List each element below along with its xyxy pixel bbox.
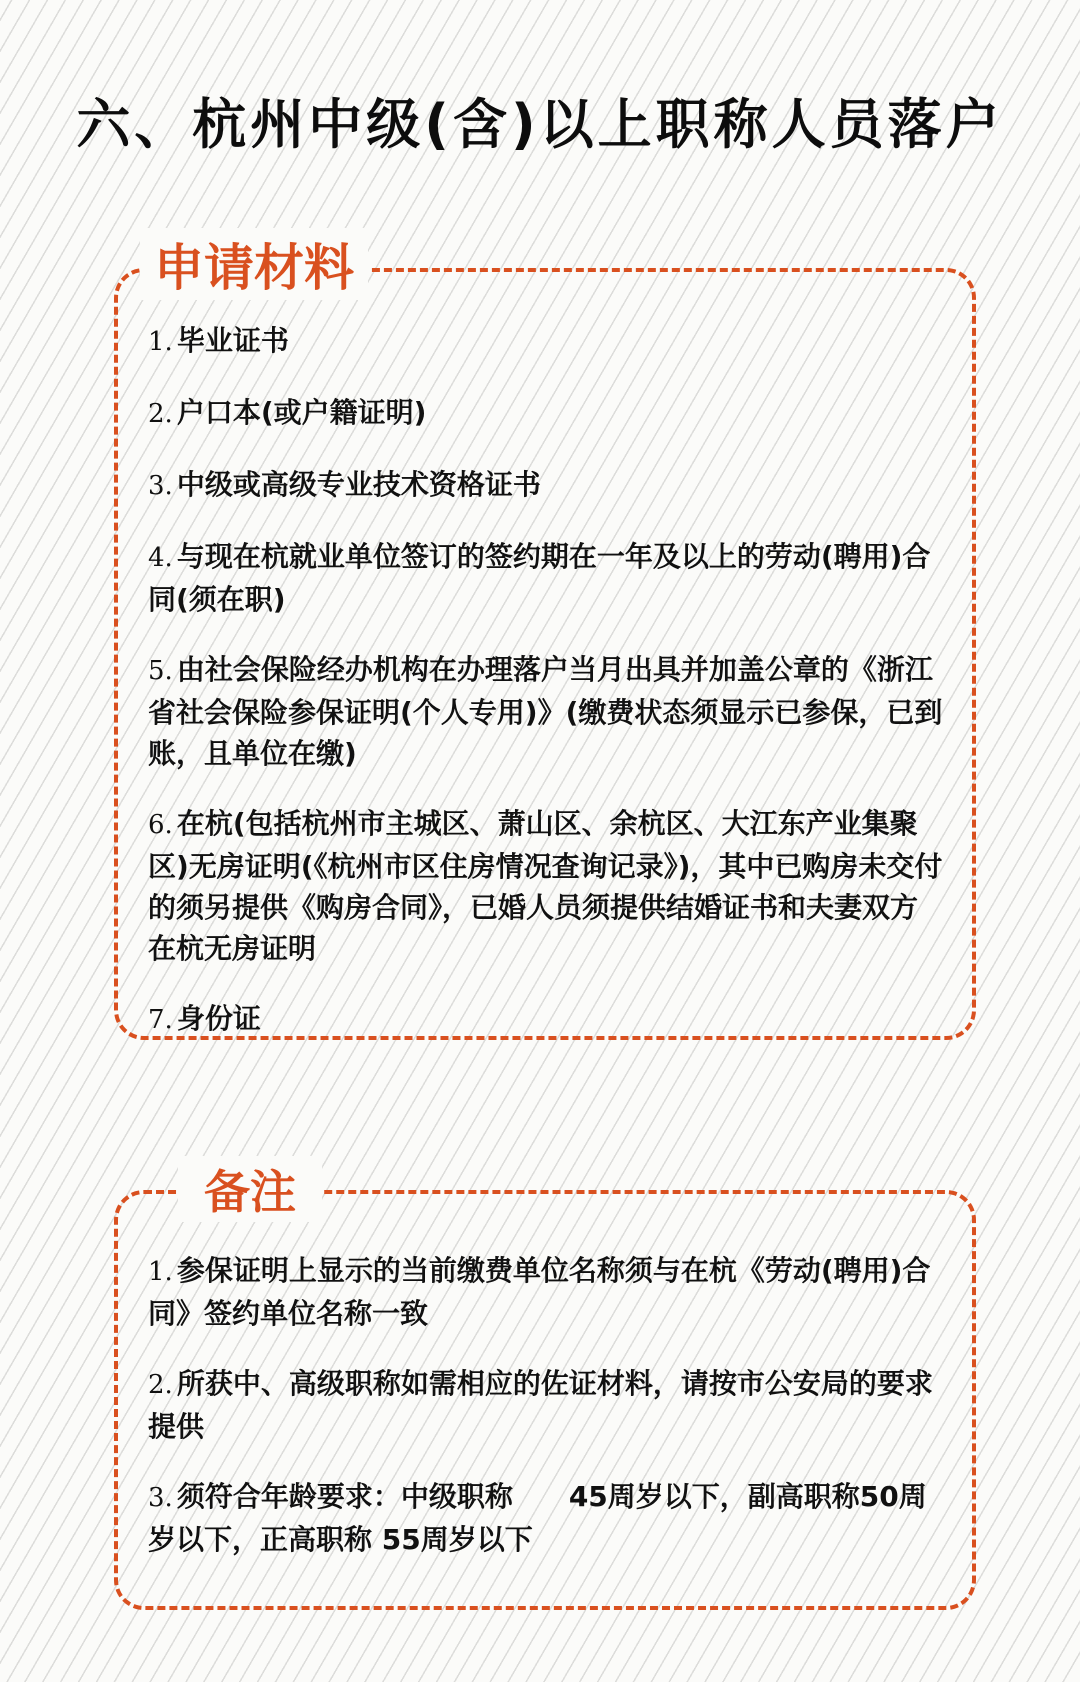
item-number: 7. [148, 1005, 173, 1035]
item-text: 中级或高级专业技术资格证书 [177, 468, 541, 501]
notes-heading: 备注 [178, 1156, 322, 1222]
item-text: 在杭(包括杭州市主城区、萧山区、余杭区、大江东产业集聚区)无房证明(《杭州市区住… [148, 807, 942, 965]
item-number: 2. [148, 1370, 173, 1400]
item-number: 3. [148, 471, 173, 501]
list-item: 4.与现在杭就业单位签订的签约期在一年及以上的劳动(聘用)合同(须在职) [148, 536, 944, 620]
list-item: 6.在杭(包括杭州市主城区、萧山区、余杭区、大江东产业集聚区)无房证明(《杭州市… [148, 803, 944, 969]
item-number: 6. [148, 810, 173, 840]
notes-list: 1.参保证明上显示的当前缴费单位名称须与在杭《劳动(聘用)合同》签约单位名称一致… [148, 1250, 944, 1589]
list-item: 1.毕业证书 [148, 320, 944, 363]
item-text: 由社会保险经办机构在办理落户当月出具并加盖公章的《浙江省社会保险参保证明(个人专… [148, 653, 942, 770]
item-text: 身份证 [177, 1002, 261, 1035]
list-item: 2.所获中、高级职称如需相应的佐证材料，请按市公安局的要求提供 [148, 1363, 944, 1447]
list-item: 1.参保证明上显示的当前缴费单位名称须与在杭《劳动(聘用)合同》签约单位名称一致 [148, 1250, 944, 1334]
list-item: 3.须符合年龄要求：中级职称 45周岁以下，副高职称50周岁以下，正高职称 55… [148, 1476, 944, 1560]
item-number: 3. [148, 1483, 173, 1513]
list-item: 3.中级或高级专业技术资格证书 [148, 464, 944, 507]
item-text: 须符合年龄要求：中级职称 45周岁以下，副高职称50周岁以下，正高职称 55周岁… [148, 1480, 927, 1556]
materials-heading: 申请材料 [140, 228, 368, 300]
list-item: 7.身份证 [148, 998, 944, 1041]
item-number: 1. [148, 1257, 173, 1287]
materials-list: 1.毕业证书 2.户口本(或户籍证明) 3.中级或高级专业技术资格证书 4.与现… [148, 320, 944, 1070]
notes-section: 备注 1.参保证明上显示的当前缴费单位名称须与在杭《劳动(聘用)合同》签约单位名… [114, 1190, 976, 1610]
item-text: 与现在杭就业单位签订的签约期在一年及以上的劳动(聘用)合同(须在职) [148, 540, 930, 616]
item-text: 所获中、高级职称如需相应的佐证材料，请按市公安局的要求提供 [148, 1367, 933, 1443]
item-number: 2. [148, 399, 173, 429]
list-item: 5.由社会保险经办机构在办理落户当月出具并加盖公章的《浙江省社会保险参保证明(个… [148, 649, 944, 774]
item-text: 参保证明上显示的当前缴费单位名称须与在杭《劳动(聘用)合同》签约单位名称一致 [148, 1254, 930, 1330]
item-text: 毕业证书 [177, 324, 289, 357]
materials-section: 申请材料 1.毕业证书 2.户口本(或户籍证明) 3.中级或高级专业技术资格证书… [114, 268, 976, 1040]
item-number: 4. [148, 543, 173, 573]
page-title: 六、杭州中级(含)以上职称人员落户 [0, 82, 1080, 159]
item-number: 1. [148, 327, 173, 357]
item-text: 户口本(或户籍证明) [177, 396, 427, 429]
list-item: 2.户口本(或户籍证明) [148, 392, 944, 435]
item-number: 5. [148, 656, 173, 686]
